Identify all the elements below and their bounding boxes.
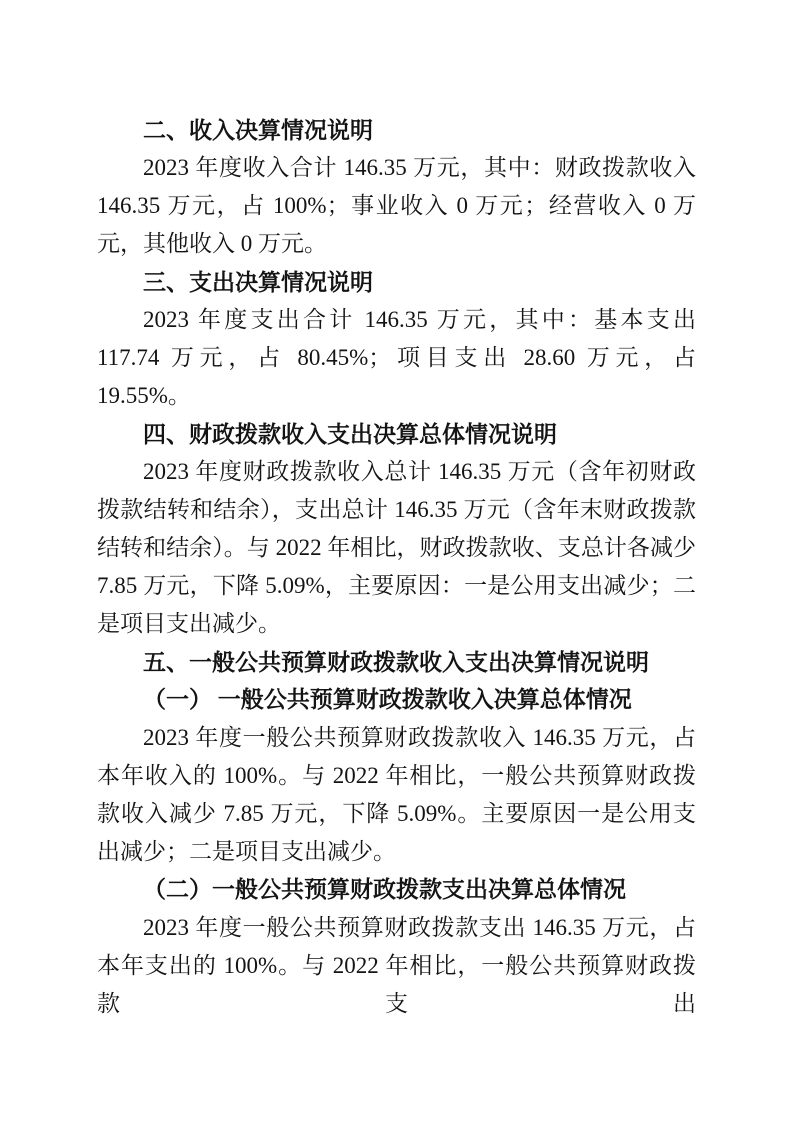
document-page: 二、收入决算情况说明 2023 年度收入合计 146.35 万元，其中：财政拨款… [0, 0, 793, 1122]
paragraph-general-budget-expenditure: 2023 年度一般公共预算财政拨款支出 146.35 万元，占本年支出的 100… [97, 909, 696, 1023]
subheading-expenditure-overview: （二）一般公共预算财政拨款支出决算总体情况 [97, 871, 696, 909]
paragraph-income-details: 2023 年度收入合计 146.35 万元，其中：财政拨款收入 146.35 万… [97, 149, 696, 263]
paragraph-fiscal-appropriation-details: 2023 年度财政拨款收入总计 146.35 万元（含年初财政拨款结转和结余），… [97, 453, 696, 643]
heading-fiscal-appropriation-section: 四、财政拨款收入支出决算总体情况说明 [97, 415, 696, 453]
paragraph-expenditure-details: 2023 年度支出合计 146.35 万元，其中：基本支出 117.74 万元，… [97, 301, 696, 415]
paragraph-general-budget-income: 2023 年度一般公共预算财政拨款收入 146.35 万元，占本年收入的 100… [97, 719, 696, 871]
heading-general-public-budget-section: 五、一般公共预算财政拨款收入支出决算情况说明 [97, 643, 696, 681]
heading-income-section: 二、收入决算情况说明 [97, 111, 696, 149]
subheading-income-overview: （一） 一般公共预算财政拨款收入决算总体情况 [97, 681, 696, 719]
heading-expenditure-section: 三、支出决算情况说明 [97, 263, 696, 301]
